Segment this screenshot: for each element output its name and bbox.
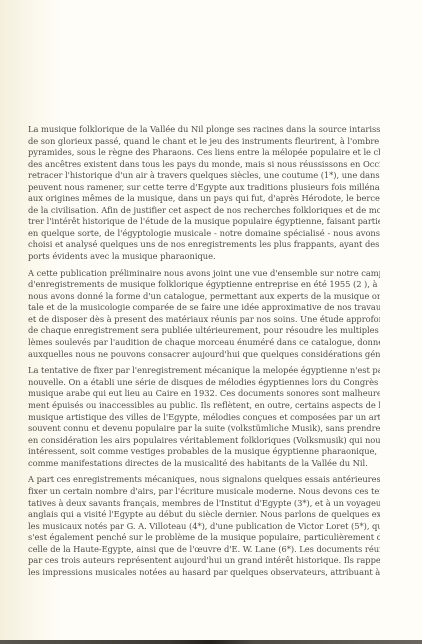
text-line: par ces trois auteurs représentent aujou… — [28, 555, 380, 567]
text-line: souvent connu et devenu populaire par la… — [28, 423, 380, 435]
text-line: tatives à deux savants français, membres… — [28, 498, 380, 510]
text-line: ports évidents avec la musique pharaoniq… — [28, 251, 380, 263]
text-line: La tentative de fixer par l'enregistreme… — [28, 365, 380, 377]
text-line: lèmes soulevés par l'audition de chaque … — [28, 337, 380, 349]
text-line: tale et de la musicologie comparée de se… — [28, 302, 380, 314]
text-line: A cette publication préliminaire nous av… — [28, 268, 380, 280]
text-line: s'est également penché sur le problème d… — [28, 532, 380, 544]
text-line: auxquelles nous ne pouvons consacrer auj… — [28, 349, 380, 361]
text-line: intéressent, soit comme vestiges probabl… — [28, 446, 380, 458]
body-text: La musique folklorique de la Vallée du N… — [28, 124, 380, 584]
page-bottom-edge — [0, 640, 422, 644]
text-line: pyramides, sous le règne des Pharaons. C… — [28, 147, 380, 159]
text-line: comme manifestations directes de la musi… — [28, 458, 380, 470]
text-line: anglais qui a visité l'Egypte au début d… — [28, 509, 380, 521]
paragraph-2: A cette publication préliminaire nous av… — [28, 268, 380, 360]
text-line: peuvent nous ramener, sur cette terre d'… — [28, 182, 380, 194]
text-line: La musique folklorique de la Vallée du N… — [28, 124, 380, 136]
text-line: retracer l'historique d'un air à travers… — [28, 170, 380, 182]
text-line: choisi et analysé quelques uns de nos en… — [28, 239, 380, 251]
text-line: en considération les airs populaires vér… — [28, 435, 380, 447]
text-line: nous avons donné la forme d'un catalogue… — [28, 291, 380, 303]
text-line: en quelque sorte, de l'égyptologie music… — [28, 228, 380, 240]
text-line: et de disposer dès à present des matéria… — [28, 314, 380, 326]
text-line: A part ces enregistrements mécaniques, n… — [28, 474, 380, 486]
text-line: d'enregistrements de musique folklorique… — [28, 279, 380, 291]
paragraph-1: La musique folklorique de la Vallée du N… — [28, 124, 380, 263]
text-line: trer l'intérêt historique de l'étude de … — [28, 216, 380, 228]
paragraph-4: A part ces enregistrements mécaniques, n… — [28, 474, 380, 578]
text-line: nouvelle. On a établi une série de disqu… — [28, 377, 380, 389]
text-line: aux origines mêmes de la musique, dans u… — [28, 193, 380, 205]
text-line: de chaque enregistrement sera publiée ul… — [28, 325, 380, 337]
text-line: ment épuisés ou inaccessibles au public.… — [28, 400, 380, 412]
text-line: fixer un certain nombre d'airs, par l'éc… — [28, 486, 380, 498]
text-line: des ancêtres existent dans tous les pays… — [28, 159, 380, 171]
text-line: de la civilisation. Afin de justifier ce… — [28, 205, 380, 217]
text-line: musique arabe qui eut lieu au Caire en 1… — [28, 388, 380, 400]
text-line: les musicaux notés par G. A. Villoteau (… — [28, 521, 380, 533]
text-line: de son glorieux passé, quand le chant et… — [28, 136, 380, 148]
text-line: musique artistique des villes de l'Egypt… — [28, 412, 380, 424]
text-line: celle de la Haute-Egypte, ainsi que de l… — [28, 544, 380, 556]
scanned-page: La musique folklorique de la Vallée du N… — [0, 0, 422, 640]
paragraph-3: La tentative de fixer par l'enregistreme… — [28, 365, 380, 469]
text-line: les impressions musicales notées au hasa… — [28, 567, 380, 579]
